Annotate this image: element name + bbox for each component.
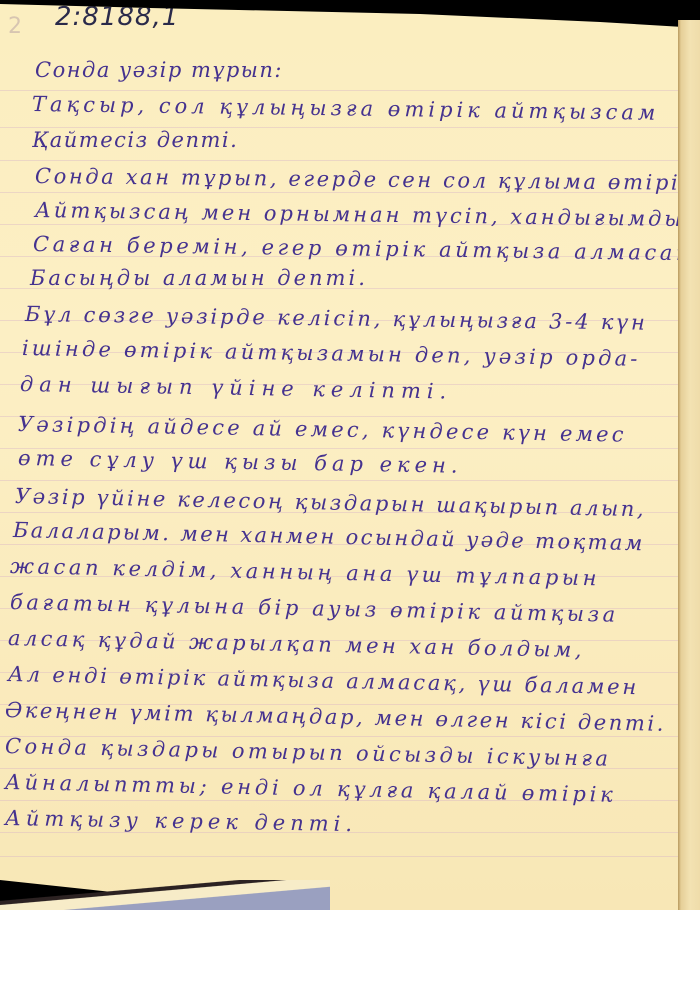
text-line-5: Айтқызсаң мен орнымнан түсіп, хандығымды: [35, 198, 685, 231]
text-line-2: Тақсыр, сол құлыңызға өтірік айтқызсам: [32, 92, 660, 125]
text-line-17: алсақ құдай жарылқап мен хан болдым,: [8, 626, 585, 662]
text-line-3: Қайтесіз депті.: [32, 128, 238, 152]
text-line-4: Сонда хан тұрып, егерде сен сол құлыма ө…: [35, 164, 696, 195]
ruled-line: [0, 480, 680, 481]
ruled-line: [0, 160, 680, 161]
text-line-12: өте сұлу үш қызы бар екен.: [18, 446, 463, 478]
page-binding-edge: [678, 20, 700, 910]
paper-sheet: 2 2:8188,1 Сонда уәзір тұрып: Тақсыр, со…: [0, 0, 700, 910]
ruled-line: [0, 856, 680, 857]
text-line-1: Сонда уәзір тұрып:: [35, 58, 283, 82]
text-line-8: Бұл сөзге уәзірде келісіп, құлыңызға 3-4…: [25, 302, 648, 335]
text-line-18: Ал енді өтірік айтқыза алмасақ, үш балам…: [8, 662, 640, 699]
text-line-16: бағатын құлына бір ауыз өтірік айтқыза: [10, 590, 619, 627]
archive-number: 2:8188,1: [55, 2, 179, 32]
page-bottom-edge: [0, 880, 330, 910]
text-line-7: Басыңды аламын депті.: [30, 266, 368, 290]
text-line-20: Сонда қыздары отырып ойсызды іскуынға: [5, 734, 612, 771]
text-line-9: ішінде өтірік айтқызамын деп, уәзір орда…: [22, 336, 641, 371]
margin-page-mark: 2: [8, 14, 22, 39]
text-line-10: дан шығып үйіне келіпті.: [20, 372, 453, 404]
text-line-6: Саған беремін, егер өтірік айтқыза алмас…: [33, 232, 695, 265]
text-line-13: Уәзір үйіне келесоң қыздарын шақырып алы…: [15, 484, 647, 521]
text-line-11: Уәзірдің айдесе ай емес, күндесе күн еме…: [18, 412, 627, 447]
text-line-15: жасап келдім, ханның ана үш тұлпарын: [10, 554, 601, 590]
text-line-21: Айналыптты; енді ол құлға қалай өтірік: [5, 770, 617, 807]
text-line-14: Балаларым. мен ханмен осындай уәде тоқта…: [13, 518, 645, 555]
ruled-line: [0, 90, 680, 91]
scanned-page: 2 2:8188,1 Сонда уәзір тұрып: Тақсыр, со…: [0, 0, 700, 910]
